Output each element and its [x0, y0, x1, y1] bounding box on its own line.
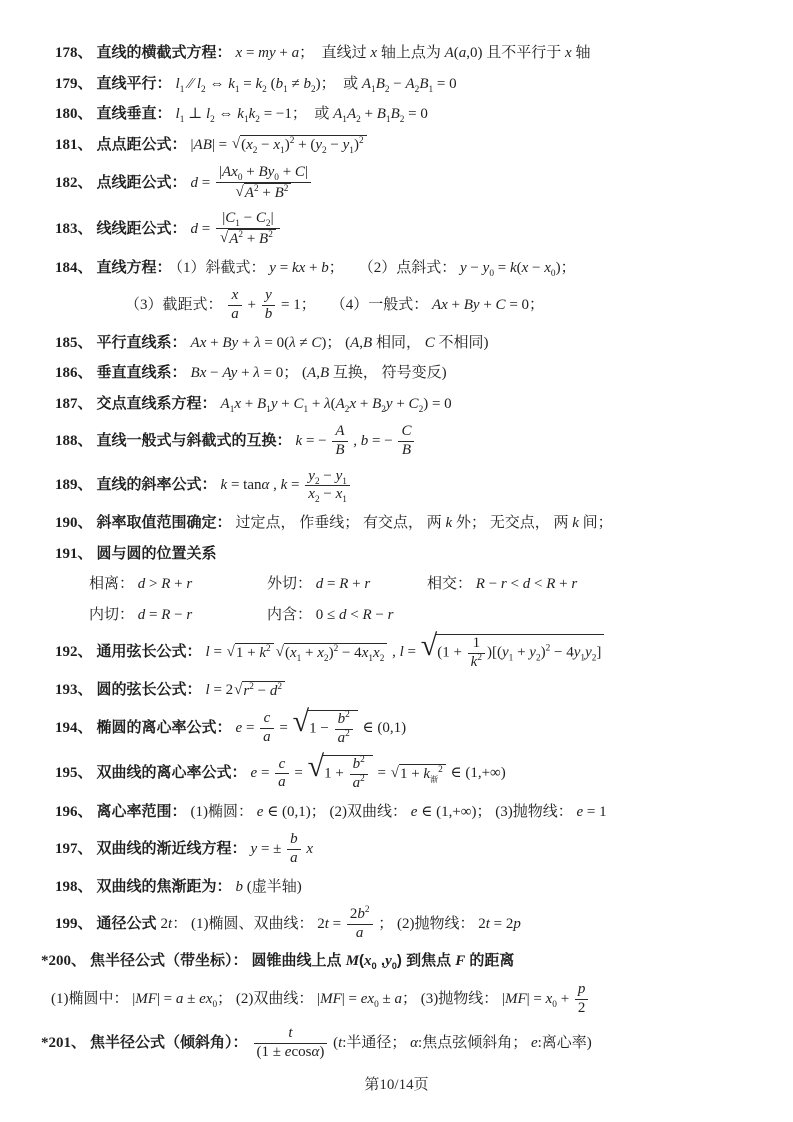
formula-row: 194、椭圆的离心率公式：e = ca = √1 − b2a2 ∈ (0,1) — [55, 710, 763, 747]
item-number: 191、 — [55, 546, 93, 562]
item-title: 通径公式 — [97, 915, 157, 932]
formula-body: l1 ⊥ l2 ⇔ k1k2 = −1； 或 A1A2 + B1B2 = 0 — [176, 106, 428, 122]
formula-body: 相离： d > R + r外切： d = R + r相交： R − r < d … — [89, 576, 577, 592]
item-number: 188、 — [55, 433, 93, 449]
item-number: 178、 — [55, 45, 93, 61]
item-title: 直线一般式与斜截式的互换： — [97, 432, 292, 449]
item-title: 圆与圆的位置关系 — [97, 545, 217, 562]
formula-row: 195、双曲线的离心率公式：e = ca = √1 + b2a2 = √1 + … — [55, 755, 763, 792]
formula-row: 191、圆与圆的位置关系 — [55, 543, 763, 566]
item-title: 焦半径公式（带坐标）： — [90, 952, 248, 969]
formula-row: 190、斜率取值范围确定：过定点， 作垂线； 有交点， 两 k 外； 无交点， … — [55, 512, 763, 535]
item-number: 196、 — [55, 804, 93, 820]
item-title: 双曲线的焦渐距为： — [97, 878, 232, 895]
formula-row: 192、通用弦长公式：l = √1 + k2√(x1 + x2)2 − 4x1x… — [55, 634, 763, 671]
item-title: 垂直直线系： — [97, 364, 187, 381]
formula-body: （1）斜截式： y = kx + b； （2）点斜式： y − y0 = k(x… — [176, 260, 576, 276]
formula-row: 186、垂直直线系：Bx − Ay + λ = 0； (A,B 互换， 符号变反… — [55, 362, 763, 385]
formula-body: 圆锥曲线上点 M(x0 ,y0) 到焦点 F 的距离 — [252, 952, 515, 969]
formula-row: 196、离心率范围：(1)椭圆： e ∈ (0,1)； (2)双曲线： e ∈ … — [55, 801, 763, 824]
formula-body: |AB| = √(x2 − x1)2 + (y2 − y1)2 — [191, 137, 368, 153]
item-number: 185、 — [55, 335, 93, 351]
item-title: 点线距公式： — [97, 174, 187, 191]
item-number: 184、 — [55, 260, 93, 276]
formula-body: d = |Ax0 + By0 + C|√A2 + B2 — [191, 175, 313, 191]
item-title: 双曲线的离心率公式： — [97, 764, 247, 781]
item-number: 179、 — [55, 76, 93, 92]
formula-row: *201、焦半径公式（倾斜角）：t(1 ± ecosα) (t:半通径； α:焦… — [41, 1025, 763, 1061]
item-title: 双曲线的渐近线方程： — [97, 840, 247, 857]
item-number: *201、 — [41, 1035, 86, 1051]
formula-row: 179、直线平行：l1 ∕∕ l2 ⇔ k1 = k2 (b1 ≠ b2)； 或… — [55, 73, 763, 96]
formula-body: 2t： (1)椭圆、双曲线： 2t = 2b2a ； (2)抛物线： 2t = … — [161, 916, 521, 932]
formula-body: k = − AB , b = − CB — [296, 433, 417, 449]
item-number: 192、 — [55, 644, 93, 660]
item-number: 183、 — [55, 221, 93, 237]
formula-body: A1x + B1y + C1 + λ(A2x + B2y + C2) = 0 — [221, 396, 452, 412]
item-number: 193、 — [55, 682, 93, 698]
formula-row: 187、交点直线系方程：A1x + B1y + C1 + λ(A2x + B2y… — [55, 393, 763, 416]
formula-row: 内切： d = R − r内含： 0 ≤ d < R − r — [55, 604, 763, 627]
formula-body: y = ± ba x — [251, 841, 314, 857]
formula-body: t(1 ± ecosα) (t:半通径； α:焦点弦倾斜角； e:离心率) — [252, 1035, 592, 1051]
item-title: 圆的弦长公式： — [97, 681, 202, 698]
formula-row: 相离： d > R + r外切： d = R + r相交： R − r < d … — [55, 573, 763, 596]
item-title: 焦半径公式（倾斜角）： — [90, 1034, 248, 1051]
formula-row: (1)椭圆中： |MF| = a ± ex0； (2)双曲线： |MF| = e… — [43, 981, 763, 1017]
item-title: 通用弦长公式： — [97, 643, 202, 660]
formula-row: 185、平行直线系：Ax + By + λ = 0(λ ≠ C)； (A,B 相… — [55, 332, 763, 355]
formula-body: l = 2√r2 − d2 — [206, 682, 287, 698]
page-number: 第10/14页 — [364, 1077, 428, 1093]
formula-row: 184、直线方程：（1）斜截式： y = kx + b； （2）点斜式： y −… — [55, 257, 763, 280]
item-title: 直线平行： — [97, 75, 172, 92]
formula-row: 181、点点距公式：|AB| = √(x2 − x1)2 + (y2 − y1)… — [55, 134, 763, 157]
formula-row: 189、直线的斜率公式：k = tanα , k = y2 − y1x2 − x… — [55, 468, 763, 504]
item-title: 平行直线系： — [97, 334, 187, 351]
formula-body: （3）截距式： xa + yb = 1； （4）一般式： Ax + By + C… — [125, 297, 544, 313]
formula-row: 183、线线距公式：d = |C1 − C2|√A2 + B2 — [55, 210, 763, 248]
formula-body: l1 ∕∕ l2 ⇔ k1 = k2 (b1 ≠ b2)； 或 A1B2 − A… — [176, 76, 457, 92]
item-title: 椭圆的离心率公式： — [97, 719, 232, 736]
formula-list: 178、直线的横截式方程：x = my + a； 直线过 x 轴上点为 A(a,… — [0, 0, 793, 1062]
page-footer: 第10/14页 — [0, 1073, 793, 1094]
formula-body: e = ca = √1 + b2a2 = √1 + k渐2 ∈ (1,+∞) — [251, 765, 506, 781]
formula-body: Bx − Ay + λ = 0； (A,B 互换， 符号变反) — [191, 365, 447, 381]
formula-body: d = |C1 − C2|√A2 + B2 — [191, 221, 282, 237]
formula-row: *200、焦半径公式（带坐标）：圆锥曲线上点 M(x0 ,y0) 到焦点 F 的… — [41, 950, 763, 973]
formula-body: b (虚半轴) — [236, 879, 302, 895]
item-title: 直线方程： — [97, 259, 172, 276]
item-number: 182、 — [55, 175, 93, 191]
item-title: 离心率范围： — [97, 803, 187, 820]
item-number: *200、 — [41, 953, 86, 969]
item-number: 195、 — [55, 765, 93, 781]
item-title: 交点直线系方程： — [97, 395, 217, 412]
formula-row: （3）截距式： xa + yb = 1； （4）一般式： Ax + By + C… — [55, 287, 763, 323]
item-title: 直线的横截式方程： — [97, 44, 232, 61]
item-number: 199、 — [55, 916, 93, 932]
formula-body: k = tanα , k = y2 − y1x2 − x1 — [221, 477, 352, 493]
formula-row: 197、双曲线的渐近线方程：y = ± ba x — [55, 831, 763, 867]
formula-body: 内切： d = R − r内含： 0 ≤ d < R − r — [89, 607, 393, 623]
formula-body: x = my + a； 直线过 x 轴上点为 A(a,0) 且不平行于 x 轴 — [236, 45, 591, 61]
item-number: 194、 — [55, 720, 93, 736]
item-number: 198、 — [55, 879, 93, 895]
item-title: 线线距公式： — [97, 220, 187, 237]
item-number: 189、 — [55, 477, 93, 493]
formula-row: 178、直线的横截式方程：x = my + a； 直线过 x 轴上点为 A(a,… — [55, 42, 763, 65]
item-title: 斜率取值范围确定： — [97, 514, 232, 531]
formula-row: 198、双曲线的焦渐距为：b (虚半轴) — [55, 876, 763, 899]
formula-row: 182、点线距公式：d = |Ax0 + By0 + C|√A2 + B2 — [55, 164, 763, 202]
formula-body: Ax + By + λ = 0(λ ≠ C)； (A,B 相同， C 不相同) — [191, 335, 489, 351]
item-number: 190、 — [55, 515, 93, 531]
formula-body: 过定点， 作垂线； 有交点， 两 k 外； 无交点， 两 k 间； — [236, 515, 613, 531]
formula-body: (1)椭圆中： |MF| = a ± ex0； (2)双曲线： |MF| = e… — [51, 991, 590, 1007]
item-number: 181、 — [55, 137, 93, 153]
item-title: 直线的斜率公式： — [97, 476, 217, 493]
formula-row: 193、圆的弦长公式：l = 2√r2 − d2 — [55, 679, 763, 702]
formula-row: 180、直线垂直：l1 ⊥ l2 ⇔ k1k2 = −1； 或 A1A2 + B… — [55, 103, 763, 126]
formula-row: 188、直线一般式与斜截式的互换：k = − AB , b = − CB — [55, 423, 763, 459]
item-title: 直线垂直： — [97, 105, 172, 122]
document-page: 178、直线的横截式方程：x = my + a； 直线过 x 轴上点为 A(a,… — [0, 0, 793, 1062]
formula-body: l = √1 + k2√(x1 + x2)2 − 4x1x2 , l = √(1… — [206, 644, 606, 660]
formula-row: 199、通径公式2t： (1)椭圆、双曲线： 2t = 2b2a ； (2)抛物… — [55, 906, 763, 942]
item-number: 197、 — [55, 841, 93, 857]
item-number: 187、 — [55, 396, 93, 412]
item-number: 180、 — [55, 106, 93, 122]
item-number: 186、 — [55, 365, 93, 381]
item-title: 点点距公式： — [97, 136, 187, 153]
formula-body: e = ca = √1 − b2a2 ∈ (0,1) — [236, 720, 407, 736]
formula-body: (1)椭圆： e ∈ (0,1)； (2)双曲线： e ∈ (1,+∞)； (3… — [191, 804, 607, 820]
